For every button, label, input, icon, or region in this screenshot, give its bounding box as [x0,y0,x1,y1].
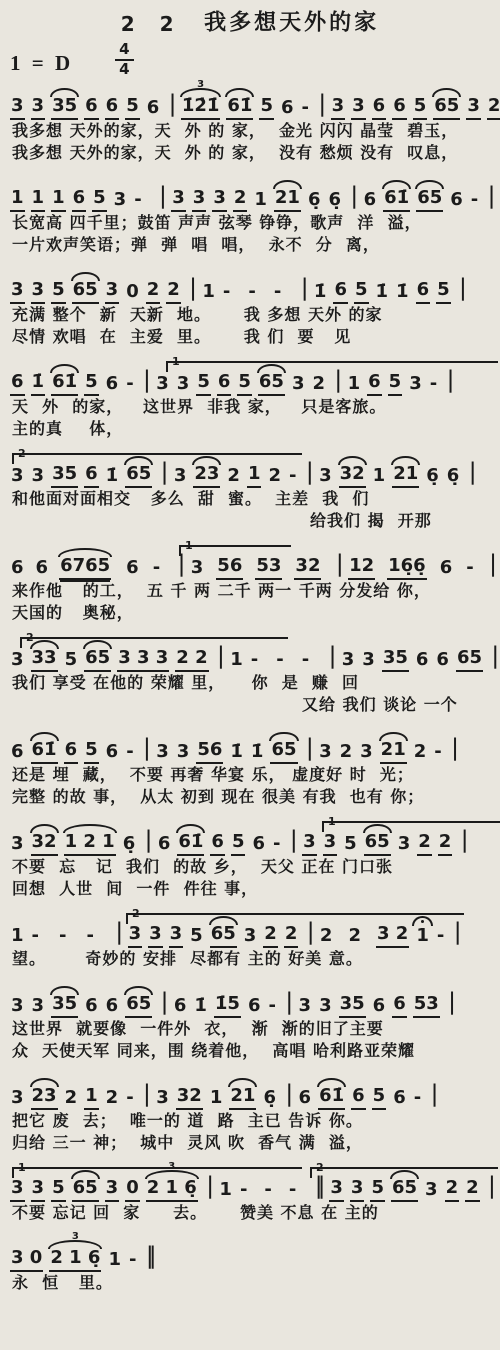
barline: | [160,461,169,488]
barline: | [468,461,477,488]
note-token: 0 [125,1179,140,1202]
note-token: 3 [128,925,143,948]
note-token: - [273,283,282,304]
barline: | [488,1175,497,1202]
sheet-music-page: 2 2 我多想天外的家 1 = D 4 4 33356656|1̇2̇1̇361… [0,0,500,1294]
notes-row: 323212-|3321216̣|661̇656-| [10,1074,496,1110]
barline: | [300,277,309,304]
note-token: 1̇ [229,743,244,764]
note-token: - [86,927,95,948]
note-token: 6 [84,997,99,1018]
note-token: 1 [229,651,244,672]
note-token: 65 [84,649,111,672]
note-token: 3 [155,375,170,396]
lyric-row: 望。 奇妙的 安排 尽都有 主的 好美 意。 [10,948,496,970]
note-token: 3 [331,97,346,120]
note-token: 6 [10,559,25,580]
note-token: 5 [372,1087,387,1110]
note-token: 61̇ [226,97,253,120]
music-system: 33356656|1̇2̇1̇361̇56-|336656532| 我多想 天外… [4,84,496,164]
note-token: 3 [243,927,258,948]
barline: | [144,829,153,856]
note-token: 6̣ [328,191,343,212]
note-token: 2 [312,375,327,396]
barline: | [306,737,315,764]
note-token: 6 [367,373,382,396]
note-token: 6 [392,97,407,120]
note-token: 6 [10,373,25,396]
note-token: 6 [247,997,262,1018]
note-token: 6 [72,189,87,212]
note-token: 1 [10,927,25,948]
barline: | [489,553,498,580]
barline: | [335,553,344,580]
note-token: 2 [347,927,362,948]
note-token: 6 [298,1089,313,1110]
note-token: 1̇ [313,283,328,304]
note-token: 6 [392,1089,407,1110]
note-token: 6 [392,995,407,1018]
note-token: 6 [251,835,266,856]
key-time-row: 1 = D 4 4 [4,42,496,84]
note-token: 21 [392,465,419,488]
note-token: 3 [329,1179,344,1202]
notes-row: 661̇656-|33561̇1̇65|323212-| [10,728,496,764]
note-token: - [413,1089,422,1110]
note-token: 3 [10,651,25,672]
lyric-row: 又给 我们 谈论 一个 [10,694,496,716]
note-token: 3 [408,375,423,396]
note-token: 5 [189,927,204,948]
note-token: 21 [380,741,407,764]
notes-row: 111653-|33321216̣6̣|661̇656-| [10,176,496,212]
note-token: 65 [364,833,391,856]
notes-row: 33356656|1̇2̇1̇361̇56-|336656532| [10,84,496,120]
music-system: 3 02 1 6̣31-‖ 永 恒 里。 [4,1236,496,1294]
note-token: 65 [125,465,152,488]
note-token: 3 [10,1179,25,1202]
note-token: 61̇ [51,373,78,396]
lyric-row: 长宽高 四千里；鼓笛 声声 弦琴 铮铮，歌声 洋 溢， [10,212,496,234]
note-token: 0 [125,283,140,304]
barline: ‖ [314,1175,325,1202]
note-token: - [152,559,161,580]
note-token: 1 [201,283,216,304]
note-token: 6 [105,743,120,764]
note-token: 3 [113,191,128,212]
note-token: 3 [359,743,374,764]
note-token: 5 [64,651,79,672]
notes-row: 33356665|61̇1̇56-|33356653| [10,982,496,1018]
note-token: 6 [372,97,387,120]
note-token: 6 [64,741,79,764]
note-token: - [31,927,40,948]
note-token: - [288,1181,297,1202]
note-token: 5 [370,1179,385,1202]
note-token: 2 [263,925,278,948]
note-token: 3 [302,833,317,856]
music-system: 1 2 33565302 1 6̣3|1---‖33565322| 不要 忘记 … [4,1166,496,1224]
note-token: 2 [233,189,248,212]
note-token: - [58,927,67,948]
note-token: 3 [291,375,306,396]
barline: | [189,277,198,304]
note-token: - [125,743,134,764]
note-token: 65 [258,373,285,396]
lyric-row: 我多想 天外的家，天 外 的 家， 金光 闪闪 晶莹 碧玉， [10,120,496,142]
note-token: 5 [343,835,358,856]
time-signature-denominator: 4 [119,61,129,78]
note-token: 5 [388,373,403,396]
note-token: 1 [107,1251,122,1272]
note-token: 6 [449,191,464,212]
note-token: - [433,743,442,764]
note-token: 65 [456,649,483,672]
note-token: 3 [10,97,25,120]
barline: | [487,185,496,212]
note-token: 3 [298,997,313,1018]
note-token: 3 [10,281,25,304]
barline: | [306,921,315,948]
note-token: 2 [105,1089,120,1110]
note-token: 2 [64,1089,79,1110]
note-token: 23 [193,465,220,488]
note-token: 35 [382,649,409,672]
note-token: 1 [31,189,46,212]
note-token: 2 [284,925,299,948]
note-token: 2 [146,281,161,304]
note-token: 3 [105,281,120,304]
note-token: 1̇5 [214,995,241,1018]
barline: | [451,737,460,764]
volta-bracket: 1 [322,821,500,832]
note-token: 3 [176,743,191,764]
note-token: 6̣ [307,191,322,212]
note-token: 33 [31,649,58,672]
volta-number: 1 [328,815,336,828]
note-token: 35 [51,465,78,488]
note-token: 3 [31,1179,46,1202]
note-token: 21 [229,1087,256,1110]
note-token: 3 [105,1179,120,1202]
note-token: 3 [323,833,338,856]
note-token: 3 [361,651,376,672]
notes-row: 3 02 1 6̣31-‖ [10,1236,496,1272]
note-token: 2 1 6̣3 [49,1249,101,1272]
note-token: 3 [318,467,333,488]
lyric-row: 尽情 欢唱 在 主爱 里。 我 们 要 见 [10,326,496,348]
note-token: 1 [84,1087,99,1110]
note-token: 3 [169,925,184,948]
note-token: 65 [270,741,297,764]
lyric-row: 天 外 的家， 这世界 非我 家， 只是客旅。 [10,396,496,418]
note-token: 2 [267,467,282,488]
note-token: 1 [372,467,387,488]
note-token: 1̇ [375,283,390,304]
note-token: 3 [466,97,481,120]
lyric-row: 把它 废 去； 唯一的 道 路 主已 告诉 你。 [10,1110,496,1132]
note-token: 1̇ [250,743,265,764]
note-token: 3 [10,467,25,488]
note-token: - [272,835,281,856]
note-token: 6 [84,465,99,488]
note-token: 2 [487,97,500,120]
note-token: 1 2 1 [64,833,116,856]
time-signature-numerator: 4 [115,42,133,61]
note-token: 65 [391,1179,418,1202]
note-token: 2 [226,467,241,488]
song-number: 2 2 [121,12,183,36]
note-token: 1̇2̇1̇3 [181,97,221,120]
note-token: 5 [51,1179,66,1202]
barline: | [460,829,469,856]
note-token: 6 [351,1087,366,1110]
music-system: 1 3321 2 16̣|661̇656-|33565322| 不要 忘 记 我… [4,820,496,900]
lyric-row: 天国的 奥秘， [10,602,496,624]
music-system: 323212-|3321216̣|661̇656-| 把它 废 去； 唯一的 道… [4,1074,496,1154]
note-token: 53 [255,557,282,580]
note-token: - [125,375,134,396]
lyric-row: 不要 忘记 回 家 去。 赞美 不息 在 主的 [10,1202,496,1224]
note-token: 3 [173,467,188,488]
note-token: 6̣ [446,467,461,488]
note-token: 3 [192,189,207,212]
note-token: 1̇ [105,467,120,488]
note-token: 5 [354,281,369,304]
note-token: 1 [347,375,362,396]
note-token: 5 [84,373,99,396]
note-token: 6 [439,559,454,580]
note-token: 3 [176,375,191,396]
lyric-row: 完整 的故 事， 从太 初到 现在 很美 有我 也有 你； [10,786,496,808]
note-token: 1̇ [193,997,208,1018]
note-token: 6 [35,559,50,580]
note-token: 56 [216,557,243,580]
note-token: - [465,559,474,580]
barline: | [143,1083,152,1110]
note-token: 1 [247,465,262,488]
note-token: 5 [259,97,274,120]
barline: | [285,1083,294,1110]
volta-number: 1 [18,1161,26,1174]
barline: | [159,185,168,212]
note-token: 1 [51,189,66,212]
note-token: 6̣ [425,467,440,488]
note-token: - [275,651,284,672]
volta-number: 2 [26,631,34,644]
barline: | [115,921,124,948]
note-token: 3 [10,1089,25,1110]
music-system: 1 61̇61̇56-|335656532|1653-| 天 外 的家， 这世界… [4,360,496,440]
note-token: 2 1 6̣3 [146,1179,198,1202]
music-system: 335653022|1---|1̇651̇1̇65| 充满 整个 新 天新 地。… [4,268,496,348]
lyric-row: 和他面对面相交 多么 甜 蜜。 主差 我 们 [10,488,496,510]
note-token: 61̇ [318,1087,345,1110]
note-token: 3 [190,559,205,580]
barline: ‖ [145,1245,156,1272]
note-token: 2 2 [175,649,208,672]
barline: | [289,829,298,856]
note-token: 12 [348,557,375,580]
lyric-row: 归给 三一 神； 城中 灵风 吹 香气 满 溢， [10,1132,496,1154]
note-token: 2 [465,1179,480,1202]
note-token: 2 [339,743,354,764]
note-token: 2 [413,743,428,764]
note-token: 65 [125,995,152,1018]
note-token: 61̇ [31,741,58,764]
note-token: 21 [274,189,301,212]
note-token: 6 [157,835,172,856]
note-token: 65 [433,97,460,120]
note-token: 3 [10,997,25,1018]
note-token: 2 [166,281,181,304]
note-token: 3 [31,467,46,488]
barline: | [350,185,359,212]
note-token: 6 [280,99,295,120]
lyric-row: 给我们 揭 开那 [10,510,496,532]
note-token: 65 [72,281,99,304]
barline: | [285,991,294,1018]
fermata-note: 1 [415,927,430,948]
note-token: 5 [436,281,451,304]
note-token: - [288,467,297,488]
song-title: 我多想天外的家 [204,11,379,36]
note-token: 1̇ [31,373,46,396]
note-token: 6 [435,651,450,672]
note-token: 5 [237,373,252,396]
note-token: 3 [148,925,163,948]
music-system: 2 333561̇65|323212-|3321216̣6̣| 和他面对面相交 … [4,452,496,532]
note-token: 53 [413,995,440,1018]
note-token: 1 [10,189,25,212]
note-token: 3 [10,835,25,856]
note-token: 6 [363,191,378,212]
note-token: 2 [445,1179,460,1202]
note-token: 3 0 [10,1249,43,1272]
note-token: 3 [31,97,46,120]
note-token: 3 2 [376,925,409,948]
music-system: 33356665|61̇1̇56-|33356653| 这世界 就要像 一件外 … [4,982,496,1062]
note-token: 3 [397,835,412,856]
note-token: - [247,283,256,304]
note-token: 5 [125,97,140,120]
barline: | [446,369,455,396]
lyric-row: 一片欢声笑语；弹 弹 唱 唱， 永不 分 离， [10,234,496,256]
barline: | [318,93,327,120]
note-token: 6 [10,743,25,764]
barline: | [177,553,186,580]
lyric-row: 这世界 就要像 一件外 衣， 渐 渐的旧了主要 [10,1018,496,1040]
note-token: 6 [105,97,120,120]
tuplet-number: 3 [168,1162,175,1173]
volta-number: 2 [132,907,140,920]
barline: | [206,1175,215,1202]
note-token: - [429,375,438,396]
note-token: 5 [92,189,107,212]
lyric-row: 我们 享受 在他的 荣耀 里， 你 是 赚 回 [10,672,496,694]
page-header: 2 2 我多想天外的家 [4,8,496,42]
note-token: 3 [31,281,46,304]
note-token: 2 [438,833,453,856]
tuplet-number: 3 [72,1232,79,1243]
music-system: 661̇656-|33561̇1̇65|323212-| 还是 埋 藏， 不要 … [4,728,496,808]
note-token: - [470,191,479,212]
music-system: 111653-|33321216̣6̣|661̇656-| 长宽高 四千里；鼓笛… [4,176,496,256]
music-system: 2 1---|333565322|223 21-| 望。 奇妙的 安排 尽都有 … [4,912,496,970]
note-token: 3 [424,1181,439,1202]
lyric-row: 主的真 体， [10,418,496,440]
note-token: 1 [218,1181,233,1202]
volta-number: 1 [172,355,180,368]
note-token: 3 [318,997,333,1018]
lyric-row: 回想 人世 间 一件 件往 事， [10,878,496,900]
note-token: 35 [51,97,78,120]
note-token: 6 [210,833,225,856]
note-token: 5 [231,833,246,856]
lyric-row: 不要 忘 记 我们 的故 乡， 天父 正在 门口张 [10,856,496,878]
note-token: 32 [176,1087,203,1110]
note-token: 6 [415,651,430,672]
note-token: 3 [212,189,227,212]
note-token: 3 [341,651,356,672]
music-system: 2 3335653 3 32 2|1---|33356665| 我们 享受 在他… [4,636,496,716]
note-token: - [263,1181,272,1202]
note-token: 5 [196,373,211,396]
note-token: 1̇ [395,283,410,304]
barline: | [143,737,152,764]
lyric-row: 众 天使天军 同来，围 绕着他， 高唱 哈利路亚荣耀 [10,1040,496,1062]
note-token: 3 [31,997,46,1018]
note-token: 35 [339,995,366,1018]
note-token: 6 [333,281,348,304]
barline: | [453,921,462,948]
barline: | [143,369,152,396]
notes-row: 335653022|1---|1̇651̇1̇65| [10,268,496,304]
note-token: 6 [105,997,120,1018]
note-token: 32 [339,465,366,488]
barline: | [459,277,468,304]
lyric-row: 还是 埋 藏， 不要 再奢 华宴 乐， 虚度好 时 光； [10,764,496,786]
note-token: 61̇ [177,833,204,856]
note-token: 6 [173,997,188,1018]
lyric-row: 永 恒 里。 [10,1272,496,1294]
note-token: 1 [209,1089,224,1110]
note-token: - [222,283,231,304]
note-token: 3 [155,743,170,764]
note-token: - [133,191,142,212]
note-token: 6 [372,997,387,1018]
note-token: 6 [125,559,140,580]
note-token: 6̣ [262,1089,277,1110]
lyric-row: 我多想 天外的家，天 外 的 家， 没有 愁烦 没有 叹息， [10,142,496,164]
note-token: 16̣6̣ [387,557,427,580]
note-token: 6 [84,97,99,120]
barline: | [168,93,177,120]
note-token: 35 [51,995,78,1018]
note-token: - [267,997,276,1018]
time-signature: 4 4 [115,42,133,78]
note-token: - [250,651,259,672]
barline: | [491,645,500,672]
music-system: 1 6667656-|3565332|1216̣6̣6-| 来作他 的工， 五 … [4,544,496,624]
note-token: - [301,99,310,120]
barline: | [448,991,457,1018]
note-token: 32 [31,833,58,856]
note-token: 1 [253,191,268,212]
lyric-row: 来作他 的工， 五 千 两 二千 两一 千两 分发给 你， [10,580,496,602]
note-token: - [301,651,310,672]
barline: | [334,369,343,396]
